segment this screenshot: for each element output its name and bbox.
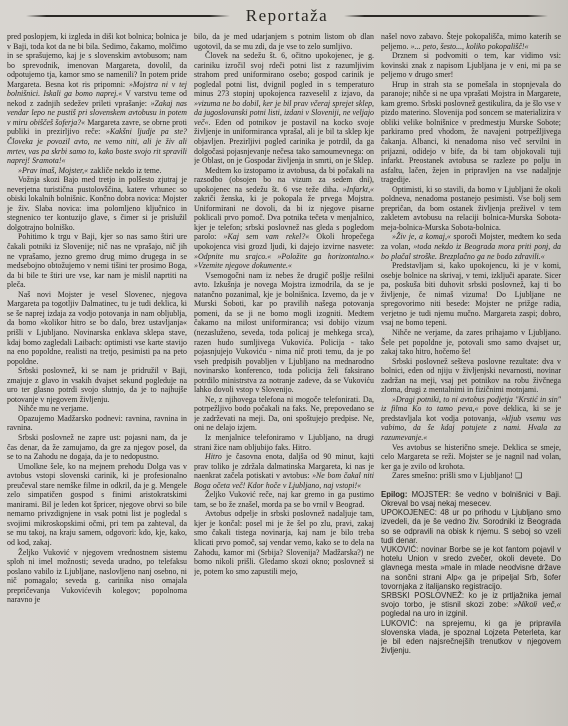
paragraph: Željko Vuković v njegovem vrednostnem si…	[7, 548, 187, 605]
text-run: Pohitimo k trgu v Baji, kjer so nas samo…	[7, 232, 187, 289]
column-1-text: pred poslopjem, ki izgleda in diši kot b…	[7, 32, 187, 605]
paragraph: »Dragi potniki, to ni avtobus podjetja "…	[381, 395, 561, 443]
text-run: Željko Vuković v njegovem vrednostnem si…	[7, 548, 187, 605]
text-run: Srbski poslovnež, ki se nam je pridružil…	[7, 366, 187, 404]
text-run: Hrup in strah sta se pomešala in stopnje…	[381, 80, 561, 184]
text-run: Optimisti, ki so stavili, da bomo v Ljub…	[381, 185, 561, 232]
text-run: Umolkne šele, ko na mejnem prehodu Dolga…	[7, 462, 187, 547]
paragraph: Avtobus odpelje in srbski poslovnež nada…	[194, 509, 374, 576]
column-2-text: bilo, da je med udarjanjem s potnim list…	[194, 32, 374, 576]
header-rule-left	[26, 15, 230, 17]
italic-text-run: »Nikoli več,«	[514, 600, 561, 609]
paragraph: pred poslopjem, ki izgleda in diši kot b…	[7, 32, 187, 166]
paragraph: Epilog: MOJSTER: še vedno v bolnišnici v…	[381, 490, 561, 508]
text-run: Predstavljam si, kako upokojencu, ki je …	[381, 261, 561, 327]
paragraph: Iz menjalnice telefoniramo v Ljubljano, …	[194, 433, 374, 452]
paragraph: Ne, z njihovega telefona ni mogoče telef…	[194, 395, 374, 433]
text-run: LUKOVIĆ: na sprejemu, ki ga je pripravil…	[381, 619, 561, 656]
bold-text-run: Epilog:	[381, 490, 412, 499]
paragraph: LUKOVIĆ: na sprejemu, ki ga je pripravil…	[381, 619, 561, 656]
article-column-3: našel novo zabavo. Šteje pokopališča, mi…	[381, 32, 561, 720]
italic-text-run: »Infarkt,«	[343, 185, 374, 194]
italic-text-run: Hitro	[205, 452, 222, 461]
paragraph: Optimisti, ki so stavili, da bomo v Ljub…	[381, 185, 561, 233]
text-run: Vožnja skozi Bajo med tretjo in polšesto…	[7, 175, 187, 232]
text-run: pogledal na uro in izginil.	[381, 609, 468, 618]
article-column-2: bilo, da je med udarjanjem s potnim list…	[194, 32, 374, 720]
paragraph: našel novo zabavo. Šteje pokopališča, mi…	[381, 32, 561, 51]
paragraph: Človek na sedežu št. 6, očitno upokojene…	[194, 51, 374, 166]
article-body: pred poslopjem, ki izgleda in diši kot b…	[0, 26, 568, 720]
column-3-text: našel novo zabavo. Šteje pokopališča, mi…	[381, 32, 561, 481]
paragraph: Zares smešno: prišli smo v Ljubljano! ❑	[381, 471, 561, 481]
paragraph: Hrup in strah sta se pomešala in stopnje…	[381, 80, 561, 185]
paragraph: SRBSKI POSLOVNEŽ: ko je iz prtljažnika j…	[381, 591, 561, 619]
italic-text-run: »Odpnite mu srajco.« »Položite ga horizo…	[194, 252, 374, 271]
paragraph: Pohitimo k trgu v Baji, kjer so nas samo…	[7, 232, 187, 289]
paragraph: bilo, da je med udarjanjem s potnim list…	[194, 32, 374, 51]
text-run: Naš novi Mojster je vesel Slovenec, njeg…	[7, 290, 187, 366]
text-run: Avtobus odpelje in srbski poslovnež nada…	[194, 509, 374, 575]
magazine-page: Reportaža pred poslopjem, ki izgleda in …	[0, 0, 568, 726]
paragraph: »Živ je, a komaj,« sporoči Mojster, medt…	[381, 232, 561, 261]
paragraph: Željko Vuković reče, naj kar gremo in ga…	[194, 490, 374, 509]
paragraph: Medtem ko izstopamo iz avtobusa, da bi p…	[194, 166, 374, 271]
italic-text-run: »Živ je, a komaj,«	[392, 232, 451, 241]
paragraph: Opazujemo Madžarsko podnevi: ravnina, ra…	[7, 414, 187, 433]
text-run: Ne, z njihovega telefona ni mogoče telef…	[194, 395, 374, 433]
text-run: UPOKOJENEC: 48 ur po prihodu v Ljubljano…	[381, 508, 561, 545]
paragraph: Naš novi Mojster je vesel Slovenec, njeg…	[7, 290, 187, 366]
paragraph: »Prav imaš, Mojster,« zakliče nekdo iz t…	[7, 166, 187, 176]
text-run: Srbski poslovnež ne zapre ust: pojasni n…	[7, 433, 187, 461]
text-run: . Eden od potnikov je postavil na kocko …	[194, 118, 374, 165]
text-run: Opazujemo Madžarsko podnevi: ravnina, ra…	[7, 414, 187, 433]
header-rule-right	[344, 15, 548, 17]
text-run: Človek na sedežu št. 6, očitno upokojene…	[194, 51, 374, 98]
paragraph: Ves avtobus se histerično smeje. Deklica…	[381, 443, 561, 472]
text-run: bilo, da je med udarjanjem s potnim list…	[194, 32, 374, 51]
text-run: Nihče mu ne verjame.	[18, 404, 88, 413]
paragraph: Nihče ne verjame, da zares prihajamo v L…	[381, 328, 561, 357]
paragraph: Srbski poslovnež, ki se nam je pridružil…	[7, 366, 187, 404]
text-run: Drznem si podvomiti o tem, kar vidimo vs…	[381, 51, 561, 79]
page-header: Reportaža	[0, 0, 568, 26]
epilog-section: Epilog: MOJSTER: še vedno v bolnišnici v…	[381, 490, 561, 656]
text-run: Vsemogočni nam iz nebes že drugič pošlje…	[194, 271, 374, 395]
text-run: Željko Vuković reče, naj kar gremo in ga…	[194, 490, 374, 509]
paragraph: Srbski poslovnež ne zapre ust: pojasni n…	[7, 433, 187, 462]
text-run: Iz menjalnice telefoniramo v Ljubljano, …	[194, 433, 374, 452]
text-run: Nihče ne verjame, da zares prihajamo v L…	[381, 328, 561, 356]
article-column-1: pred poslopjem, ki izgleda in diši kot b…	[7, 32, 187, 720]
paragraph: UPOKOJENEC: 48 ur po prihodu v Ljubljano…	[381, 508, 561, 545]
page-title: Reportaža	[242, 6, 332, 26]
text-run: VUKOVIĆ: novinar Borbe se je kot fantom …	[381, 545, 561, 591]
italic-text-run: »Prav imaš, Mojster,«	[18, 166, 88, 175]
paragraph: Umolkne šele, ko na mejnem prehodu Dolga…	[7, 462, 187, 548]
paragraph: Hitro je časovna enota, daljša od 90 min…	[194, 452, 374, 490]
text-run: Srbski poslovnež sešteva poslovne rezult…	[381, 357, 561, 395]
italic-text-run: »Kaj sem vam rekel?«	[224, 232, 310, 241]
paragraph: Vsemogočni nam iz nebes že drugič pošlje…	[194, 271, 374, 395]
paragraph: Vožnja skozi Bajo med tretjo in polšesto…	[7, 175, 187, 232]
paragraph: Nihče mu ne verjame.	[7, 404, 187, 414]
text-run: Ves avtobus se histerično smeje. Deklica…	[381, 443, 561, 471]
text-run: Zares smešno: prišli smo v Ljubljano! ❑	[392, 471, 522, 480]
paragraph: Drznem si podvomiti o tem, kar vidimo vs…	[381, 51, 561, 80]
text-run: zakliče nekdo iz teme.	[88, 166, 161, 175]
paragraph: Srbski poslovnež sešteva poslovne rezult…	[381, 357, 561, 395]
paragraph: VUKOVIĆ: novinar Borbe se je kot fantom …	[381, 545, 561, 591]
paragraph: Predstavljam si, kako upokojencu, ki je …	[381, 261, 561, 328]
italic-text-run: »... peto, šesto..., koliko pokopališč!«	[411, 42, 529, 51]
